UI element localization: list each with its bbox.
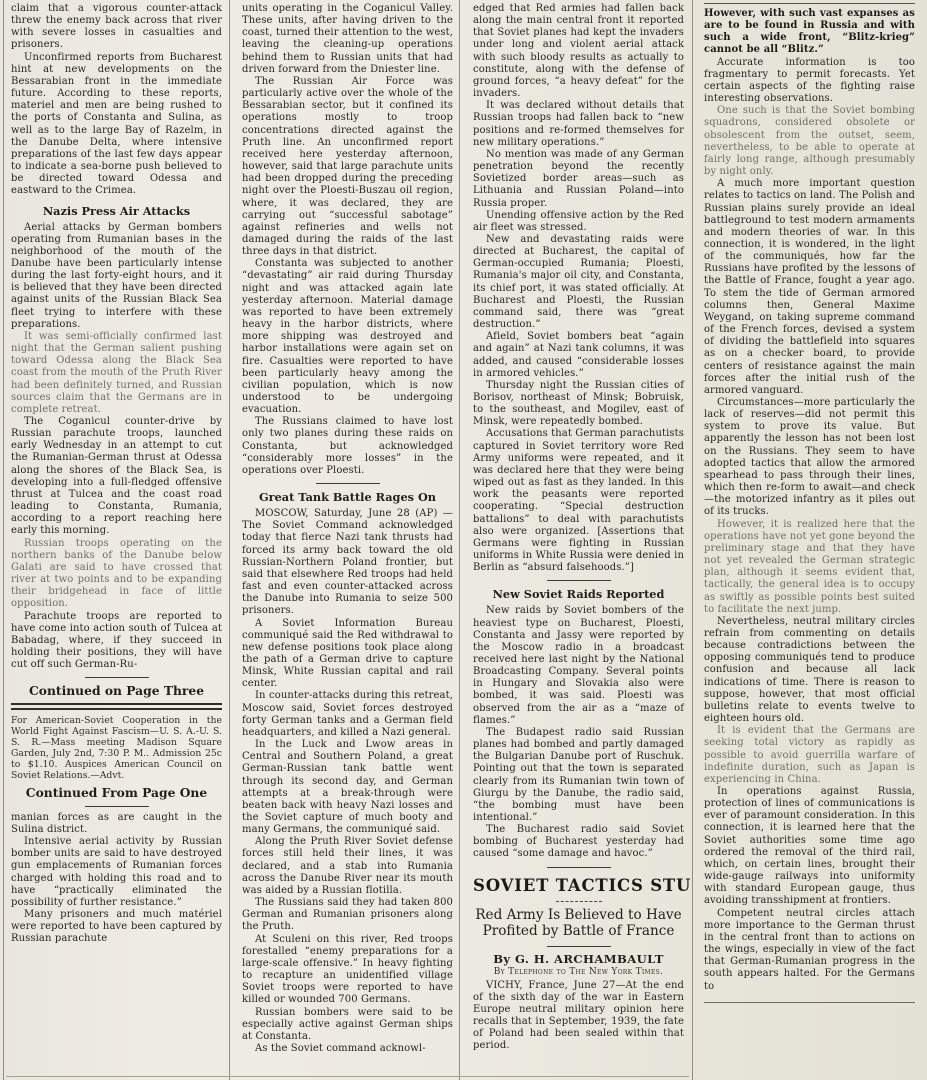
article-paragraph: Constanta was subjected to another “deva… bbox=[242, 258, 453, 416]
section-subhead: New Soviet Raids Reported bbox=[473, 587, 684, 601]
left-edge-rule bbox=[3, 0, 4, 1080]
article-paragraph: Unconfirmed reports from Bucharest hint … bbox=[11, 52, 222, 198]
article-paragraph: Thursday night the Russian cities of Bor… bbox=[473, 380, 684, 429]
article-paragraph: Accurate information is too fragmentary … bbox=[704, 57, 915, 106]
article-paragraph: Aerial attacks by German bombers operati… bbox=[11, 222, 222, 331]
article-end-rule bbox=[704, 1002, 915, 1003]
article-paragraph: The Russian Air Force was particularly a… bbox=[242, 76, 453, 258]
article-paragraph: It is evident that the Germans are seeki… bbox=[704, 725, 915, 786]
column-4: However, with such vast expanses as are … bbox=[693, 0, 924, 1080]
article-paragraph: Intensive aerial activity by Russian bom… bbox=[11, 836, 222, 909]
article-paragraph: At Sculeni on this river, Red troops for… bbox=[242, 934, 453, 1007]
advertisement-text: For American-Soviet Cooperation in the W… bbox=[11, 716, 222, 781]
article-paragraph: claim that a vigorous counter-attack thr… bbox=[11, 3, 222, 52]
article-paragraph: However, with such vast expanses as are … bbox=[704, 8, 915, 57]
article-paragraph: Many prisoners and much matériel were re… bbox=[11, 909, 222, 945]
article-paragraph: Along the Pruth River Soviet defense for… bbox=[242, 836, 453, 897]
separator-rule bbox=[85, 677, 149, 678]
double-separator-rule bbox=[11, 703, 222, 710]
section-subhead: Great Tank Battle Rages On bbox=[242, 490, 453, 504]
separator-rule bbox=[547, 867, 611, 868]
article-paragraph: Nevertheless, neutral military circles r… bbox=[704, 616, 915, 725]
article-paragraph: A much more important question relates t… bbox=[704, 178, 915, 397]
article-deck: Red Army Is Believed to Have Profited by… bbox=[475, 907, 682, 940]
column-rule bbox=[459, 0, 460, 1080]
byline: By G. H. ARCHAMBAULT bbox=[473, 952, 684, 966]
column-1: claim that a vigorous counter-attack thr… bbox=[0, 0, 231, 1080]
article-headline: SOVIET TACTICS STUDIED bbox=[473, 876, 684, 895]
article-paragraph: Russian bombers were said to be especial… bbox=[242, 1007, 453, 1043]
article-paragraph: The Russians said they had taken 800 Ger… bbox=[242, 897, 453, 933]
column-top-rule bbox=[704, 3, 915, 4]
article-paragraph: Competent neutral circles attach more im… bbox=[704, 908, 915, 993]
separator-rule bbox=[316, 483, 380, 484]
column-rule bbox=[692, 0, 693, 1080]
article-paragraph: As the Soviet command acknowl- bbox=[242, 1043, 453, 1055]
article-paragraph: The Coganicul counter-drive by Russian p… bbox=[11, 416, 222, 538]
separator-rule bbox=[556, 901, 602, 902]
column-container: claim that a vigorous counter-attack thr… bbox=[0, 0, 927, 1080]
telephone-credit: By Telephone to The New York Times. bbox=[473, 967, 684, 977]
article-paragraph: No mention was made of any German penetr… bbox=[473, 149, 684, 210]
article-paragraph: Unending offensive action by the Red air… bbox=[473, 210, 684, 234]
separator-rule bbox=[547, 946, 611, 947]
article-paragraph: edged that Red armies had fallen back al… bbox=[473, 3, 684, 100]
newspaper-page: claim that a vigorous counter-attack thr… bbox=[0, 0, 927, 1080]
article-paragraph: Russian troops operating on the northern… bbox=[11, 538, 222, 611]
article-paragraph: Parachute troops are reported to have co… bbox=[11, 611, 222, 672]
article-paragraph: In counter-attacks during this retreat, … bbox=[242, 690, 453, 739]
article-paragraph: The Budapest radio said Russian planes h… bbox=[473, 727, 684, 824]
article-paragraph: VICHY, France, June 27—At the end of the… bbox=[473, 980, 684, 1053]
article-paragraph: One such is that the Soviet bombing squa… bbox=[704, 105, 915, 178]
article-paragraph: Accusations that German parachutists cap… bbox=[473, 428, 684, 574]
article-paragraph: New and devastating raids were directed … bbox=[473, 234, 684, 331]
article-paragraph: units operating in the Coganicul Valley.… bbox=[242, 3, 453, 76]
column-2: units operating in the Coganicul Valley.… bbox=[231, 0, 462, 1080]
article-paragraph: MOSCOW, Saturday, June 28 (AP) — The Sov… bbox=[242, 508, 453, 617]
continuation-notice: Continued From Page One bbox=[11, 785, 222, 800]
article-paragraph: The Russians claimed to have lost only t… bbox=[242, 416, 453, 477]
separator-rule bbox=[85, 806, 149, 807]
article-paragraph: Afield, Soviet bombers beat “again and a… bbox=[473, 331, 684, 380]
column-3: edged that Red armies had fallen back al… bbox=[462, 0, 693, 1080]
section-subhead: Nazis Press Air Attacks bbox=[11, 204, 222, 218]
continuation-notice: Continued on Page Three bbox=[11, 683, 222, 698]
page-bottom-rule bbox=[6, 1076, 689, 1077]
article-paragraph: manian forces as are caught in the Sulin… bbox=[11, 812, 222, 836]
article-paragraph: Circumstances—more particularly the lack… bbox=[704, 397, 915, 519]
article-paragraph: In the Luck and Lwow areas in Central an… bbox=[242, 739, 453, 836]
article-paragraph: In operations against Russia, protection… bbox=[704, 786, 915, 908]
column-rule bbox=[229, 0, 230, 1080]
article-paragraph: It was semi-officially confirmed last ni… bbox=[11, 331, 222, 416]
article-paragraph: However, it is realized here that the op… bbox=[704, 519, 915, 616]
article-paragraph: A Soviet Information Bureau communiqué s… bbox=[242, 618, 453, 691]
article-paragraph: The Bucharest radio said Soviet bombing … bbox=[473, 824, 684, 860]
article-paragraph: It was declared without details that Rus… bbox=[473, 100, 684, 149]
separator-rule bbox=[547, 580, 611, 581]
article-paragraph: New raids by Soviet bombers of the heavi… bbox=[473, 605, 684, 727]
